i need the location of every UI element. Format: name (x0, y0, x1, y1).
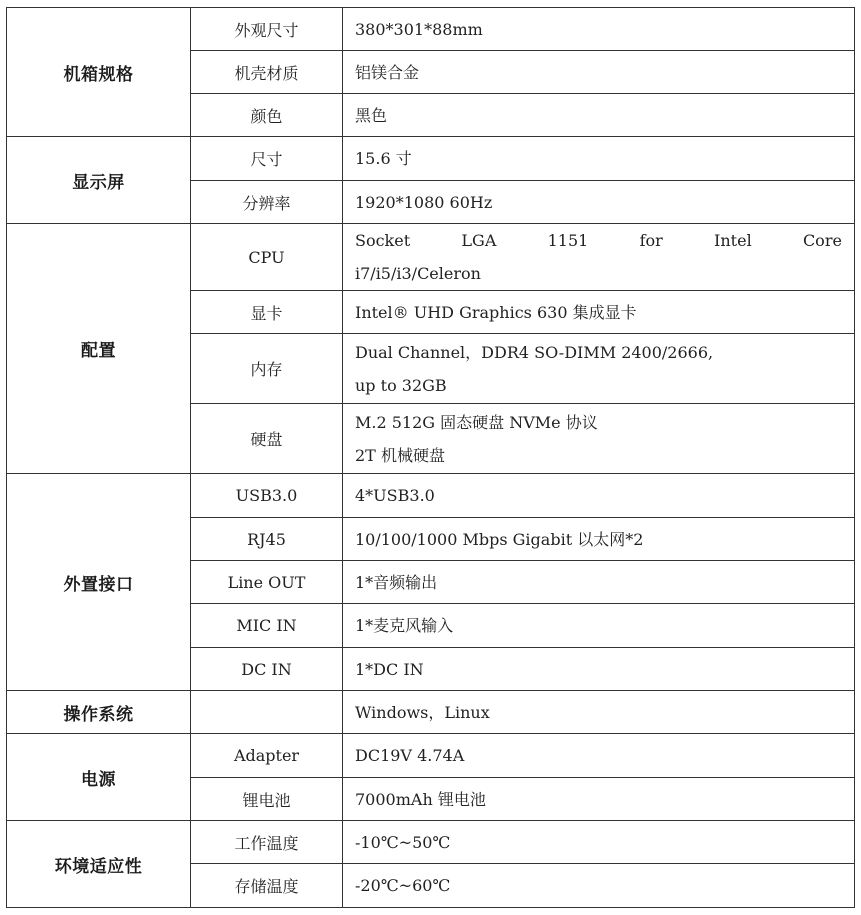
label-cell: USB3.0 (191, 474, 343, 518)
category-cell: 操作系统 (7, 691, 191, 734)
value-cell: 15.6 寸 (343, 137, 855, 181)
value-cell: Socket LGA 1151 for Intel Core i7/i5/i3/… (343, 224, 855, 291)
value-line: Dual Channel，DDR4 SO-DIMM 2400/2666, (355, 336, 846, 369)
value-cell: Windows，Linux (343, 691, 855, 734)
table-row: 外置接口 USB3.0 4*USB3.0 (7, 474, 855, 518)
value-cell: Dual Channel，DDR4 SO-DIMM 2400/2666, up … (343, 334, 855, 404)
word: 1151 (548, 224, 589, 257)
value-cell: 1*音频输出 (343, 561, 855, 604)
category-cell: 配置 (7, 224, 191, 474)
table-row: 环境适应性 工作温度 -10℃~50℃ (7, 821, 855, 864)
table-row: 配置 CPU Socket LGA 1151 for Intel Core i7… (7, 224, 855, 291)
value-cell: DC19V 4.74A (343, 734, 855, 778)
category-cell: 电源 (7, 734, 191, 821)
category-cell: 外置接口 (7, 474, 191, 691)
label-cell: 外观尺寸 (191, 8, 343, 51)
label-cell: 颜色 (191, 94, 343, 137)
word: LGA (461, 224, 496, 257)
label-cell: 机壳材质 (191, 51, 343, 94)
value-cell: 4*USB3.0 (343, 474, 855, 518)
category-cell: 环境适应性 (7, 821, 191, 908)
table-row: 电源 Adapter DC19V 4.74A (7, 734, 855, 778)
label-cell: CPU (191, 224, 343, 291)
category-cell: 机箱规格 (7, 8, 191, 137)
label-cell: 工作温度 (191, 821, 343, 864)
label-cell: 硬盘 (191, 404, 343, 474)
label-cell: 显卡 (191, 291, 343, 334)
value-cell: 1920*1080 60Hz (343, 181, 855, 224)
word: Core (803, 224, 842, 257)
value-cell: -10℃~50℃ (343, 821, 855, 864)
label-cell: 尺寸 (191, 137, 343, 181)
table-row: 操作系统 Windows，Linux (7, 691, 855, 734)
table-row: 机箱规格 外观尺寸 380*301*88mm (7, 8, 855, 51)
label-cell: Adapter (191, 734, 343, 778)
value-cell: 10/100/1000 Mbps Gigabit 以太网*2 (343, 518, 855, 561)
value-line: M.2 512G 固态硬盘 NVMe 协议 (355, 406, 846, 439)
word: Intel (714, 224, 752, 257)
category-cell: 显示屏 (7, 137, 191, 224)
label-cell: 存储温度 (191, 864, 343, 908)
value-cell: -20℃~60℃ (343, 864, 855, 908)
label-cell: 内存 (191, 334, 343, 404)
value-line: Socket LGA 1151 for Intel Core (355, 224, 846, 257)
table-row: 显示屏 尺寸 15.6 寸 (7, 137, 855, 181)
value-cell: 1*麦克风输入 (343, 604, 855, 648)
label-cell: 分辨率 (191, 181, 343, 224)
value-line: up to 32GB (355, 369, 846, 402)
value-cell: 380*301*88mm (343, 8, 855, 51)
value-cell: 黑色 (343, 94, 855, 137)
value-cell: 1*DC IN (343, 648, 855, 691)
spec-table: 机箱规格 外观尺寸 380*301*88mm 机壳材质 铝镁合金 颜色 黑色 显… (6, 7, 855, 908)
label-cell: DC IN (191, 648, 343, 691)
label-cell: MIC IN (191, 604, 343, 648)
word: Socket (355, 224, 410, 257)
label-cell: 锂电池 (191, 778, 343, 821)
value-cell: 7000mAh 锂电池 (343, 778, 855, 821)
value-line: 2T 机械硬盘 (355, 439, 846, 472)
value-cell: 铝镁合金 (343, 51, 855, 94)
label-cell: RJ45 (191, 518, 343, 561)
label-cell: Line OUT (191, 561, 343, 604)
label-cell (191, 691, 343, 734)
value-line: i7/i5/i3/Celeron (355, 257, 846, 290)
value-cell: M.2 512G 固态硬盘 NVMe 协议 2T 机械硬盘 (343, 404, 855, 474)
word: for (640, 224, 663, 257)
value-cell: Intel® UHD Graphics 630 集成显卡 (343, 291, 855, 334)
